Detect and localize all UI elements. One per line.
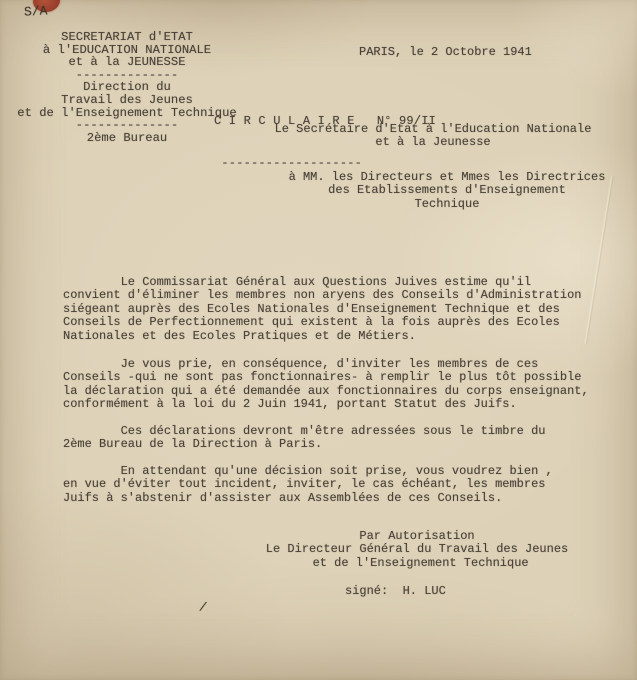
corner-reference-mark: S/A <box>24 4 48 19</box>
document-page: S/A SECRETARIAT d'ETAT à l'EDUCATION NAT… <box>0 0 637 680</box>
body-paragraph-4: En attendant qu'une décision soit prise,… <box>63 465 553 505</box>
circular-underline: ------------------- <box>214 156 436 170</box>
signature-closing: Par Autorisation Le Directeur Général du… <box>252 530 582 570</box>
body-paragraph-3: Ces déclarations devront m'être adressée… <box>63 425 545 452</box>
addressee: à MM. les Directeurs et Mmes les Directr… <box>282 171 612 211</box>
signature-signed-line: signé: H. LUC <box>345 585 446 598</box>
body-paragraph-1: Le Commissariat Général aux Questions Ju… <box>63 276 581 343</box>
stray-pen-mark: / <box>198 601 208 615</box>
addressor: Le Secrétaire d'Etat à l'Education Natio… <box>270 123 596 150</box>
body-paragraph-2: Je vous prie, en conséquence, d'inviter … <box>63 358 589 412</box>
dateline: PARIS, le 2 Octobre 1941 <box>359 46 532 59</box>
